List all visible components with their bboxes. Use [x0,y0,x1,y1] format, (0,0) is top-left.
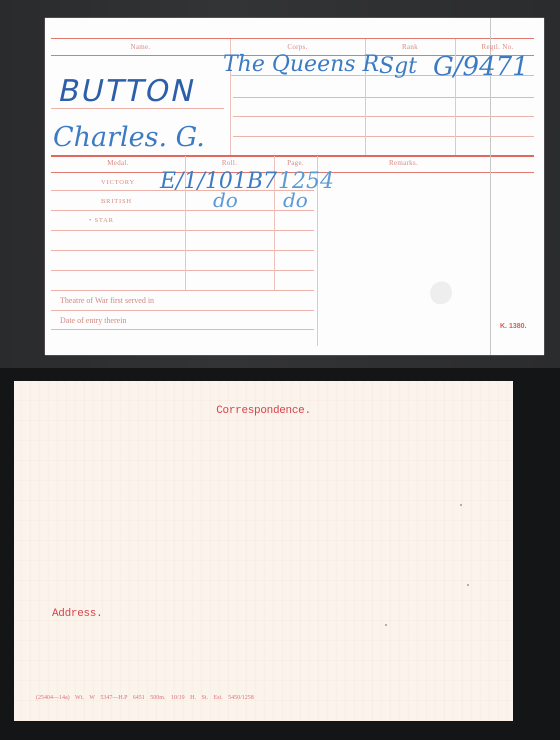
corps-entry: The Queens R [223,52,379,77]
printer-imprint: (25404—14a) Wt. W 5347—H.P 6451 500m. 10… [36,695,254,701]
header-page: Page. [274,159,317,167]
rule-top [51,38,534,39]
header-medal: Medal. [51,159,185,167]
surname: BUTTON [55,74,199,109]
rule [233,97,534,98]
header-rank: Rank [365,43,455,51]
theatre-of-war-label: Theatre of War first served in [60,296,154,305]
medal-card-back: Correspondence. Address. (25404—14a) Wt.… [14,381,513,721]
paper-speck [385,624,387,626]
rank-entry: Sgt [379,54,417,79]
header-regtl-no: Regtl. No. [455,43,540,51]
paper-speck [460,504,462,506]
form-number: K. 1380. [500,323,526,330]
header-name: Name. [51,43,230,51]
date-of-entry-label: Date of entry therein [60,316,126,325]
rule [51,290,314,291]
forenames: Charles. G. [53,122,205,153]
rule [233,116,534,117]
header-corps: Corps. [230,43,365,51]
rule-section [51,155,534,157]
rule [51,329,314,330]
address-label: Address. [52,608,102,620]
british-roll-entry: do [213,188,238,212]
header-remarks: Remarks. [317,159,490,167]
medal-card-front: Name. Corps. Rank Regtl. No. BUTTON Char… [45,18,544,355]
medal-star-label: • Star [89,217,114,224]
header-roll: Roll. [185,159,274,167]
medal-victory-label: Victory [101,179,135,186]
rule [51,310,314,311]
correspondence-title: Correspondence. [14,405,513,417]
faint-grid [14,381,513,721]
regtl-no-entry: G/9471 [433,52,529,82]
ink-blot [427,279,455,307]
rule [233,136,534,137]
medal-british-label: British [101,198,132,205]
british-page-entry: do [283,188,308,212]
paper-speck [467,584,469,586]
